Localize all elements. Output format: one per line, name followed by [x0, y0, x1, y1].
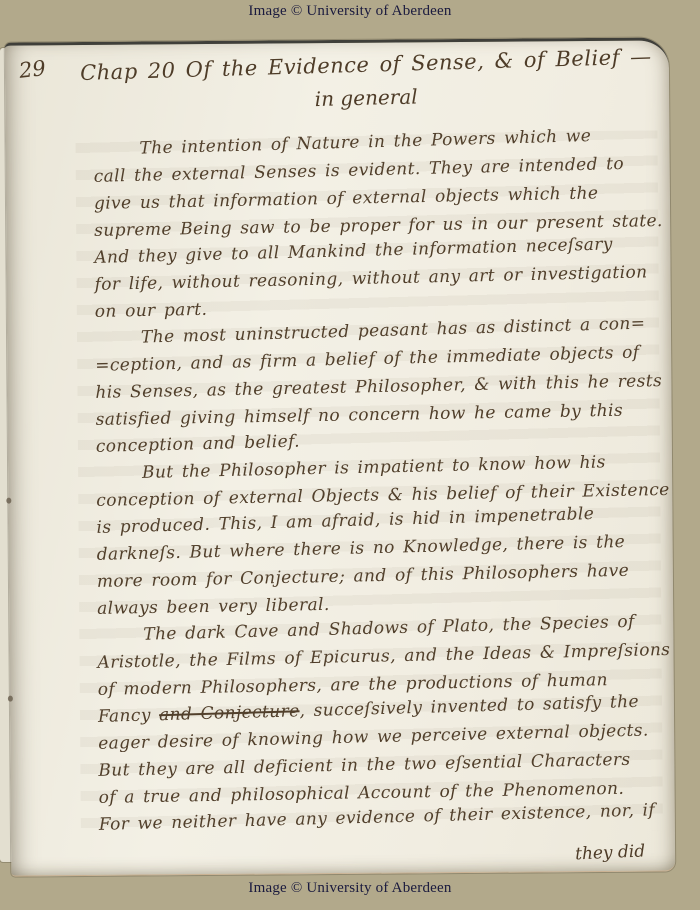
bottom-copyright-credit: Image © University of Aberdeen: [0, 880, 700, 897]
binding-hole: [6, 498, 11, 504]
screenshot-root: { "colors": { "background_tan": "#b2a98b…: [0, 0, 700, 910]
binding-hole: [8, 696, 13, 702]
line-text: Fancy: [98, 705, 160, 727]
chapter-heading: Chap 20 Of the Evidence of Sense, & of B…: [77, 57, 655, 113]
struck-text: and Conjecture: [159, 701, 300, 725]
manuscript-page: 29 Chap 20 Of the Evidence of Sense, & o…: [5, 37, 676, 876]
catchword: they did: [575, 841, 646, 864]
chapter-title: Chap 20 Of the Evidence of Sense, & of B…: [77, 44, 655, 85]
top-copyright-credit: Image © University of Aberdeen: [0, 3, 700, 20]
manuscript-lines: The intention of Nature in the Powers wh…: [93, 132, 664, 838]
line-text: , succeſsively invented to satisfy the: [299, 692, 639, 721]
chapter-title-sub: in general: [77, 78, 655, 117]
page-number: 29: [18, 56, 47, 83]
